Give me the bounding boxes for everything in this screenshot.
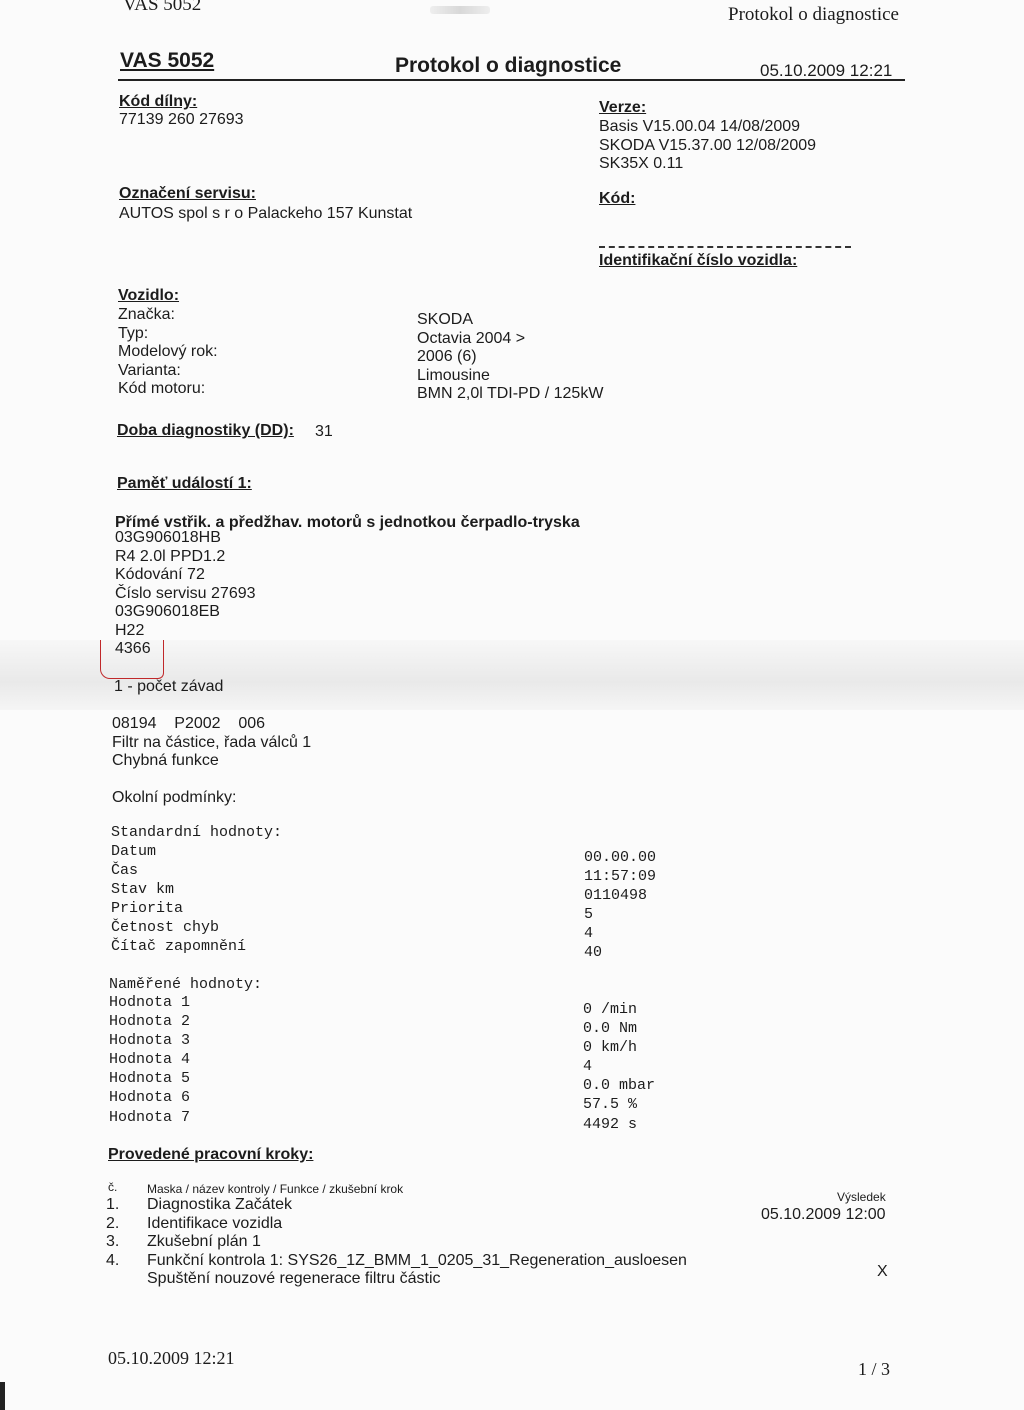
- event-memory-label: Paměť událostí 1:: [117, 475, 252, 493]
- step-name: Funkční kontrola 1: SYS26_1Z_BMM_1_0205_…: [147, 1252, 687, 1271]
- document-datetime: 05.10.2009 12:21: [760, 61, 892, 81]
- fault-count: 1 - počet závad: [114, 678, 223, 697]
- version-line: SKODA V15.37.00 12/08/2009: [599, 137, 816, 156]
- standard-key: Stav km: [111, 880, 246, 899]
- standard-values-label: Standardní hodnoty:: [111, 823, 282, 842]
- handwritten-red-circle: [100, 640, 164, 679]
- code-label: Kód:: [599, 190, 635, 208]
- vehicle-value: BMN 2,0l TDI-PD / 125kW: [417, 385, 603, 404]
- measured-value: 0.0 Nm: [583, 1019, 655, 1038]
- vehicle-key: Značka:: [118, 306, 218, 325]
- service-label: Označení servisu:: [119, 185, 256, 203]
- standard-value: 11:57:09: [584, 867, 656, 886]
- module-line: 03G906018EB: [115, 603, 256, 622]
- fault-code-line: 08194 P2002 006: [112, 715, 265, 734]
- code-dashed-line: [599, 246, 851, 248]
- vehicle-value: SKODA: [417, 311, 603, 330]
- version-line: Basis V15.00.04 14/08/2009: [599, 118, 816, 137]
- diag-time-label: Doba diagnostiky (DD):: [117, 422, 294, 440]
- version-line: SK35X 0.11: [599, 155, 816, 174]
- vehicle-values: SKODA Octavia 2004 > 2006 (6) Limousine …: [417, 311, 603, 404]
- measured-value: 0.0 mbar: [583, 1076, 655, 1095]
- measured-value: 0 km/h: [583, 1038, 655, 1057]
- vehicle-value: 2006 (6): [417, 348, 603, 367]
- step-name: Diagnostika Začátek: [147, 1196, 687, 1215]
- step-name: Zkušební plán 1: [147, 1233, 687, 1252]
- device-name: VAS 5052: [120, 49, 214, 73]
- vehicle-keys: Značka: Typ: Modelový rok: Varianta: Kód…: [118, 306, 218, 399]
- step-number: 3.: [106, 1233, 119, 1252]
- vehicle-value: Limousine: [417, 367, 603, 386]
- page-header-right: Protokol o diagnostice: [728, 4, 899, 26]
- vehicle-label: Vozidlo:: [118, 287, 179, 305]
- module-line: R4 2.0l PPD1.2: [115, 548, 256, 567]
- standard-key: Datum: [111, 842, 246, 861]
- steps-names: Diagnostika Začátek Identifikace vozidla…: [147, 1196, 687, 1289]
- vehicle-value: Octavia 2004 >: [417, 330, 603, 349]
- steps-numbers: 1. 2. 3. 4.: [106, 1196, 119, 1270]
- step-4-result: X: [877, 1263, 888, 1282]
- page-header-left: VAS 5052: [123, 0, 201, 16]
- service-value: AUTOS spol s r o Palackeho 157 Kunstat: [119, 205, 412, 224]
- measured-values-label: Naměřené hodnoty:: [109, 975, 262, 994]
- module-line: Číslo servisu 27693: [115, 585, 256, 604]
- fault-status: Chybná funkce: [112, 752, 219, 771]
- diag-time-value: 31: [315, 423, 333, 442]
- header-rule: [118, 79, 905, 81]
- vehicle-key: Kód motoru:: [118, 380, 218, 399]
- measured-value: 4492 s: [583, 1115, 655, 1134]
- standard-value: 4: [584, 924, 656, 943]
- measured-values: 0 /min 0.0 Nm 0 km/h 4 0.0 mbar 57.5 % 4…: [583, 1000, 655, 1134]
- staple-mark: [430, 6, 490, 14]
- standard-value: 0110498: [584, 886, 656, 905]
- steps-col-result: Výsledek: [837, 1190, 886, 1204]
- measured-keys: Hodnota 1 Hodnota 2 Hodnota 3 Hodnota 4 …: [109, 993, 190, 1127]
- vehicle-key: Modelový rok:: [118, 343, 218, 362]
- steps-label: Provedené pracovní kroky:: [108, 1146, 313, 1164]
- standard-value: 5: [584, 905, 656, 924]
- measured-value: 57.5 %: [583, 1095, 655, 1114]
- measured-key: Hodnota 5: [109, 1069, 190, 1088]
- fault-description: Filtr na částice, řada válců 1: [112, 734, 311, 753]
- steps-result-datetime: 05.10.2009 12:00: [761, 1206, 886, 1224]
- standard-key: Priorita: [111, 899, 246, 918]
- standard-value: 40: [584, 943, 656, 962]
- measured-key: Hodnota 7: [109, 1108, 190, 1127]
- standard-values: 00.00.00 11:57:09 0110498 5 4 40: [584, 848, 656, 963]
- standard-key: Čas: [111, 861, 246, 880]
- measured-key: Hodnota 6: [109, 1088, 190, 1107]
- steps-col-name: Maska / název kontroly / Funkce / zkušeb…: [147, 1182, 403, 1196]
- workshop-code-label: Kód dílny:: [119, 93, 197, 111]
- workshop-code-value: 77139 260 27693: [119, 111, 244, 130]
- measured-key: Hodnota 1: [109, 993, 190, 1012]
- ambient-label: Okolní podmínky:: [112, 789, 237, 808]
- step-subtitle: Spuštění nouzové regenerace filtru části…: [147, 1270, 687, 1289]
- footer-datetime: 05.10.2009 12:21: [108, 1348, 235, 1369]
- measured-value: 4: [583, 1057, 655, 1076]
- module-line: H22: [115, 622, 256, 641]
- measured-value: 0 /min: [583, 1000, 655, 1019]
- module-line: 03G906018HB: [115, 529, 256, 548]
- measured-key: Hodnota 2: [109, 1012, 190, 1031]
- module-line: Kódování 72: [115, 566, 256, 585]
- scan-edge-mark: [0, 1382, 5, 1410]
- steps-col-no: č.: [108, 1180, 117, 1194]
- version-lines: Basis V15.00.04 14/08/2009 SKODA V15.37.…: [599, 118, 816, 174]
- step-number: 1.: [106, 1196, 119, 1215]
- vehicle-key: Typ:: [118, 325, 218, 344]
- document-title: Protokol o diagnostice: [395, 54, 621, 78]
- step-name: Identifikace vozidla: [147, 1215, 687, 1234]
- measured-key: Hodnota 4: [109, 1050, 190, 1069]
- step-number: 2.: [106, 1215, 119, 1234]
- standard-value: 00.00.00: [584, 848, 656, 867]
- measured-key: Hodnota 3: [109, 1031, 190, 1050]
- standard-key: Četnost chyb: [111, 918, 246, 937]
- standard-keys: Datum Čas Stav km Priorita Četnost chyb …: [111, 842, 246, 957]
- step-number: 4.: [106, 1252, 119, 1271]
- vin-label: Identifikační číslo vozidla:: [599, 252, 797, 270]
- footer-page-number: 1 / 3: [858, 1359, 890, 1380]
- version-label: Verze:: [599, 99, 646, 117]
- standard-key: Čítač zapomnění: [111, 937, 246, 956]
- vehicle-key: Varianta:: [118, 362, 218, 381]
